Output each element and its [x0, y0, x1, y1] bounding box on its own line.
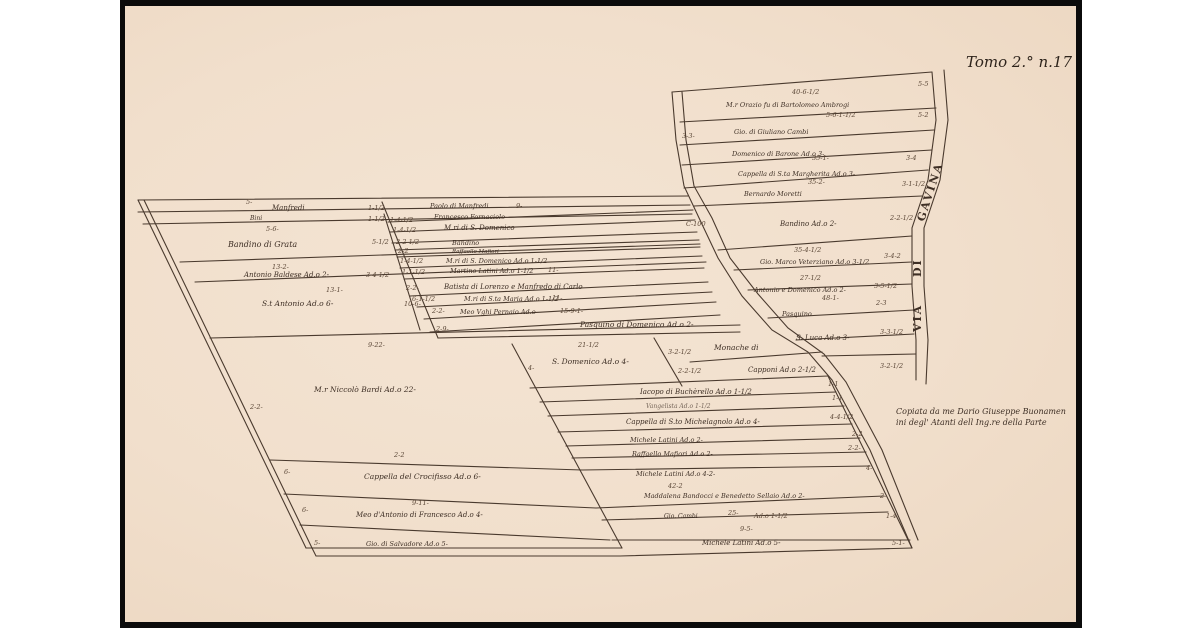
parcel-area: Ad.o 1-1/2: [753, 512, 788, 520]
parcel-measure: 3-4: [906, 154, 916, 162]
parcel-label: M.r Niccolò Bardi Ad.o 22-: [313, 385, 416, 394]
parcel-number: 5-: [246, 198, 252, 206]
volume-reference: Tomo 2.° n.17: [966, 53, 1072, 71]
parcel-label: Michele Latini Ad.o 5-: [701, 539, 781, 547]
parcel-number: 9-11-: [412, 499, 429, 507]
parcel-label: S. Domenico Ad.o 4-: [552, 357, 629, 366]
parcel-label: Paolo di Manfredi: [429, 202, 489, 210]
parcel-measure: 2-2-1/2: [889, 214, 913, 222]
parcel-number: 35-1-: [812, 154, 829, 162]
parcel-label: Raffaello Mafiori Ad.o 2-: [631, 450, 713, 458]
parcel-measure: 3-2-1/2: [880, 362, 903, 370]
parcel-label: Pasquino: [781, 310, 812, 318]
parcel-label: Michele Latini Ad.o 4-2-: [635, 470, 715, 478]
parcel-measure: 2-9-: [435, 325, 449, 333]
parcel-number: 9-22-: [368, 341, 385, 349]
parcel-label: Bandino di Grata: [227, 240, 297, 249]
left-parcel-labels: Manfredi 5- 1-1/2 Bini 1-1/2 5-6- Bandin…: [227, 198, 421, 308]
parcel-label: Pasquino di Domenico Ad.o 2-: [579, 320, 694, 329]
copyist-note-line2: ini degl' Atanti dell Ing.re della Parte: [896, 418, 1047, 427]
parcel-number: 40-6-1/2: [791, 88, 819, 96]
parcel-label: Bernardo Moretti: [743, 190, 802, 198]
road-name-via: VIA: [911, 304, 924, 333]
parcel-measure: 2-2-: [405, 284, 419, 292]
parcel-number: 35-4-1/2: [794, 246, 821, 254]
parcel-side-measure: 5-: [314, 539, 320, 547]
parcel-measure: 3-4-1/2: [366, 271, 389, 279]
parcel-side-measure: 4-: [527, 364, 534, 372]
parcel-label: Maddalena Bandocci e Benedetto Sellaio A…: [643, 492, 805, 500]
parcel-label: Vangelista Ad.o 1-1/2: [646, 403, 711, 410]
parcel-number: 11-: [552, 294, 562, 302]
parcel-measure: 4-: [865, 464, 872, 472]
parcel-side-measure: 6-: [302, 506, 308, 514]
parcel-number: 15-9-1-: [560, 307, 583, 315]
parcel-number: 25-: [727, 509, 738, 517]
parcel-measure: 1-1/2: [368, 204, 385, 212]
parcel-label: M.r Orazio fu di Bartolomeo Ambrogi: [725, 101, 849, 109]
parcel-measure: 2-2-1/2: [395, 238, 419, 246]
parcel-number: 9-5-: [740, 525, 753, 533]
parcel-number: 13-2-: [272, 263, 289, 271]
parcel-number: 48-1-: [821, 294, 839, 302]
parcel-number: 27-1/2: [799, 274, 821, 282]
parcel-measure: 2-2-: [431, 307, 445, 315]
parcel-label: Bandino: [451, 239, 479, 247]
parcel-number: 42-2: [667, 482, 683, 490]
parcel-measure: 3-1-1/2: [902, 180, 925, 188]
right-lower-parcel-labels: Iacopo di Buchèrello Ad.o 1-1/2 1-1 Vang…: [626, 380, 905, 547]
copyist-note-line1: Copiata da me Dario Giuseppe Buonamen: [896, 407, 1066, 416]
parcel-measure: 1-4-1/2: [390, 216, 413, 224]
cadastral-map: Manfredi 5- 1-1/2 Bini 1-1/2 5-6- Bandin…: [0, 0, 1200, 628]
parcel-label: Monache di: [713, 343, 759, 352]
parcel-number: 5-6-1-1/2: [826, 111, 855, 119]
parcel-label: Manfredi: [271, 204, 305, 212]
road-name-gavina: GAVINA: [914, 161, 945, 223]
parcel-label: Gio. di Salvadore Ad.o 5-: [366, 540, 448, 548]
parcel-side-measure: 2-2-: [249, 403, 263, 411]
parcel-number: 5-6-: [266, 225, 279, 233]
parcel-number: 11-: [548, 266, 558, 274]
parcel-measure: 2-: [879, 492, 886, 500]
parcel-label: Cappella di S.ta Margherita Ad.o 3-: [738, 170, 855, 178]
parcel-label: M.ri di S. Domenico Ad.o 1-1/2: [445, 257, 547, 265]
parcel-label: M.ri di S. Domenico: [443, 224, 515, 232]
parcel-number: 13-1-: [326, 286, 343, 294]
parcel-label: Meo d'Antonio di Francesco Ad.o 4-: [355, 511, 483, 519]
parcel-measure: 5-1-: [892, 539, 905, 547]
parcel-label: Gio. Cambi: [664, 513, 698, 520]
parcel-measure: 2-3: [875, 299, 886, 307]
parcel-label: Bandino Ad.o 2-: [779, 220, 837, 228]
parcel-measure: 2-2: [397, 247, 408, 255]
parcel-measure: 5-5: [918, 80, 928, 88]
parcel-label: Francesco Fornaciolo: [433, 213, 505, 221]
parcel-measure: 5-2: [918, 111, 928, 119]
parcel-label: Capponi Ad.o 2-1/2: [748, 366, 817, 374]
parcel-measure: 3-3-1/2: [880, 328, 903, 336]
parcel-label: Raffaello Mafiori: [451, 249, 499, 255]
parcel-number: 35-2-: [808, 178, 825, 186]
parcel-measure: 1-4: [886, 512, 896, 520]
parcel-label: M.ri di S.ta Maria Ad.o 1-1/2: [463, 295, 558, 303]
parcel-measure: 1-1: [828, 380, 838, 388]
parcel-measure: 1-1/2: [368, 215, 385, 223]
parcel-measure: 3-4-2: [884, 252, 901, 260]
parcel-label: Cappella del Crocifisso Ad.o 6-: [364, 472, 481, 481]
parcel-label: Gio. Marco Veterziano Ad.o 3-1/2: [760, 258, 869, 266]
parcel-measure: 1-1: [832, 394, 842, 402]
parcel-label: Iacopo di Buchèrello Ad.o 1-1/2: [639, 388, 752, 396]
parcel-label: Cappella di S.to Michelagnolo Ad.o 4-: [626, 418, 760, 426]
parcel-measure: 3-2-1/2: [668, 348, 691, 356]
parcel-number: 21-1/2: [577, 341, 599, 349]
parcel-side-measure: 6-: [284, 468, 290, 476]
parcel-label: Antonio Baldese Ad.o 2-: [243, 271, 330, 279]
parcel-number: C-100: [686, 220, 706, 228]
parcel-label: Batista di Lorenzo e Manfredo di Carlo: [443, 283, 583, 291]
parcel-measure: 2-2: [851, 430, 862, 438]
parcel-measure: 5-1/2: [372, 238, 389, 246]
parcel-measure: 2-2-1/2: [677, 367, 701, 375]
parcel-label: Domenico di Barone Ad.o 3-: [731, 150, 824, 158]
parcel-measure: 3-3-: [682, 132, 695, 140]
parcel-measure: 1-1-1/2: [402, 268, 425, 276]
parcel-number: 9-: [516, 202, 522, 210]
parcel-label: Bini: [249, 215, 262, 222]
top-right-parcel-labels: 40-6-1/2 M.r Orazio fu di Bartolomeo Amb…: [682, 80, 928, 370]
parcel-label: Antonio e Domenico Ad.o 2-: [753, 286, 846, 294]
parcel-measure: 4-4-1/2: [829, 413, 853, 421]
right-lower-block-lines: [530, 376, 912, 556]
parcel-measure: 1-4-1/2: [393, 226, 416, 234]
parcel-measure: 2-2-: [847, 444, 861, 452]
parcel-number: 2-2: [393, 451, 404, 459]
parcel-measure: 1-4-1/2: [400, 257, 423, 265]
parcel-label: Meo Vghi Pernaio Ad.o: [459, 308, 536, 316]
parcel-label: S. Luca Ad.o 3-: [796, 334, 850, 342]
parcel-label: Gio. di Giuliano Cambi: [734, 128, 808, 136]
road-name-di: DI: [911, 258, 924, 277]
parcel-label: Martino Latini Ad.o 1-1/2: [449, 267, 533, 275]
parcel-measure: 6-1-1/2: [412, 295, 435, 303]
parcel-label: Michele Latini Ad.o 2-: [629, 436, 703, 444]
parcel-measure: 3-5-1/2: [874, 282, 897, 290]
parcel-label: S.t Antonio Ad.o 6-: [262, 299, 334, 308]
